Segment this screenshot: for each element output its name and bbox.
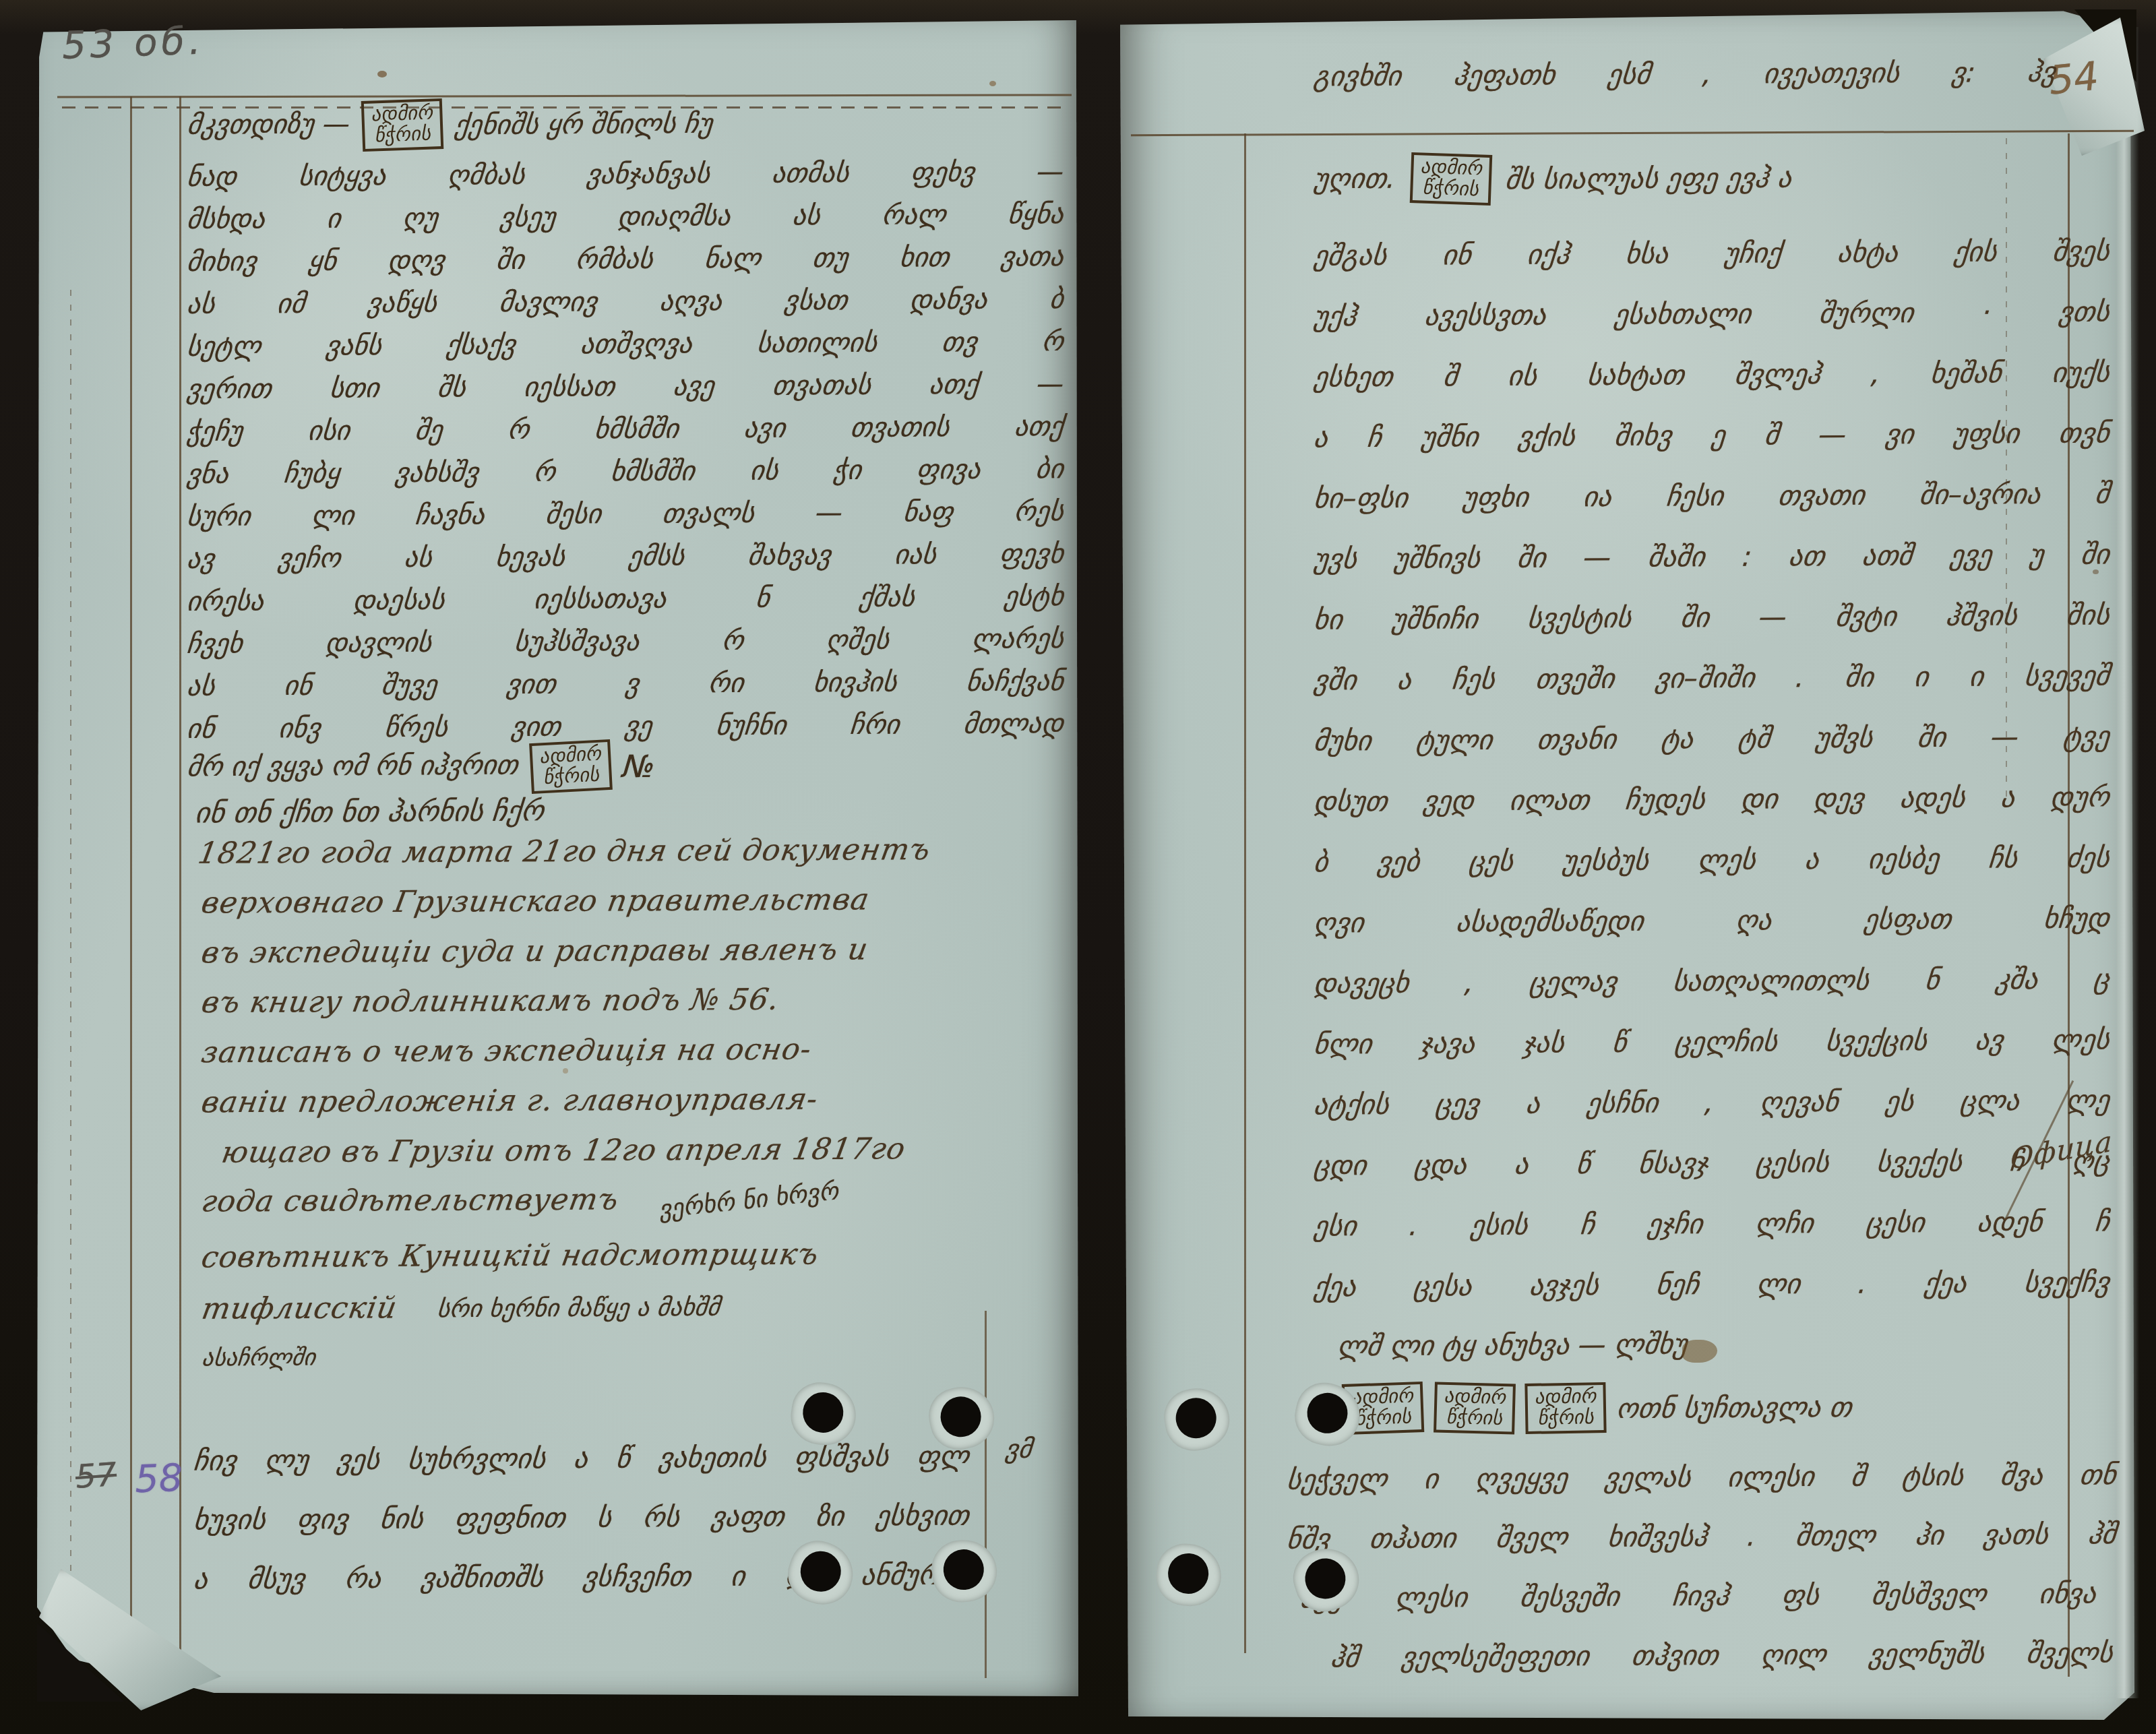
russian-line: верховнаго Грузинскаго правительства (199, 882, 872, 920)
left-folio-label: 53 об. (61, 19, 206, 67)
tiflis-ka: სრი ხერნი მაწყე ა მახშმ (436, 1294, 722, 1324)
georgian-line: ცდი ცდა ა წ ნსავჯ ცესის სვექეს ჩ ღც (1312, 1144, 2111, 1181)
georgian-line: ა ჩ უშნი ვქის შიხვ ე შ — ვი უფსი თვნ (1312, 416, 2111, 454)
tiflis-ru: тифлисскiй (199, 1291, 400, 1326)
georgian-line: სეჭველ ი ღვეყვე ველას ილესი შ ტსის შვა თ… (1285, 1458, 2118, 1496)
georgian-line: ჭეჩუ ისი შე რ ხმსმში ავი თვათის ათქ (185, 411, 1065, 447)
paper-stain (563, 1068, 568, 1074)
georgian-line: ნშვ თჰათი შველ ხიშვესჰ . შთელ ჰი ვათს ჰშ (1285, 1518, 2118, 1555)
boxed-line-post: № (621, 748, 657, 784)
boxed-annotation-line2: წჭრის (540, 764, 603, 788)
georgian-line: ბ ვებ ცეს უესბუს ლეს ა იესბე ჩს ძეს (1312, 841, 2111, 878)
georgian-line: ნლი ჯავა ჯას წ ცელჩის სვექცის ავ ლეს (1312, 1023, 2111, 1060)
opening-text-pre: მკვთდიზუ — (186, 109, 352, 141)
georgian-line: ვერით სთი შს იესსათ ავე თვათას ათქ — (185, 369, 1065, 405)
right-top-line: გივხში ჰეფათხ ესმ , ივეათევის ვ: ჰვ (1312, 56, 2057, 93)
right-margin-line (1244, 133, 1246, 1653)
georgian-line: ირესა დაესას იესსათავა ნ ქშას ესტხ (185, 581, 1065, 617)
small-georgian-word: ასაჩრლში (201, 1344, 317, 1371)
left-opening-line: მკვთდიზუ — ადმირ წჭრის ქენიშს ყრ შნილს ჩ… (187, 100, 712, 150)
georgian-line: ხი უშნიჩი სვესტის ში — შვტი ჰშვის შის (1312, 598, 2111, 636)
right-boxed-pre: უღით. (1313, 162, 1398, 195)
left-dotted-margin-line (70, 290, 71, 1577)
boxed-annotation-line2: წჭრის (1443, 1406, 1505, 1429)
georgian-line: ას იმ ვაწყს მავლივ აღვა ვსათ დანვა ბ (185, 284, 1065, 320)
georgian-line: უვს უშნივს ში — შაში : ათ ათშ ევე უ ში (1312, 538, 2111, 575)
boxed-annotation-line2: წჭრის (1419, 177, 1482, 200)
boxed-line-pre: მრ იქ ვყვა ომ რნ იჰვრით (186, 750, 520, 783)
georgian-line: ინ თნ ქჩთ ნთ ჰარნის ჩქრ (193, 794, 545, 829)
boxed-annotation-line1: ადმირ (1444, 1386, 1506, 1408)
georgian-line: მიხივ ყნ დღვ ში რმბას ნალ თუ ხით ვათა (185, 241, 1065, 278)
georgian-line: ატქის ცევ ა ესჩნი , ღევან ეს ცლა ლე (1312, 1084, 2111, 1121)
georgian-line: ჰშ ველსეშეფეთი თჰვით ღილ ველნუშს შველს (1329, 1636, 2114, 1673)
bottom-line: ა მსუვ რა ვაშნითშს ვსჩვეჩთ ი ღუ ანმურის (192, 1558, 971, 1595)
page-edge-stack (2116, 27, 2139, 1698)
clerk-line: совѣтникъ Куницкiй надсмотрщикъ (199, 1237, 822, 1275)
georgian-line: მუხი ტული თვანი ტა ტშ უშვს ში — ტვე (1312, 720, 2111, 757)
georgian-line: ხი–ფსი უფხი ია ჩესი თვათი ში–ავრია შ (1312, 477, 2111, 514)
georgian-line: ნად სიტყვა ღმბას ვანჯანვას ათმას ფეხვ — (185, 156, 1065, 193)
russian-line: 1821го года марта 21го дня сей документъ (195, 832, 933, 871)
paper-stain (989, 81, 996, 86)
boxed-annotation: ადმირ წჭრის (529, 739, 612, 794)
margin-number-new: 58 (134, 1456, 183, 1501)
georgian-line: სეტლ ვანს ქსაქვ ათშვღვა სათილის თვ რ (185, 326, 1065, 363)
georgian-line: ვნა ჩუბყ ვახსშვ რ ხმსმში ის ჭი ფივა ბი (185, 454, 1065, 490)
georgian-line: ესხეთ შ ის სახტათ შვლეჰ , ხეშან იუქს (1312, 356, 2111, 393)
archival-manuscript-scan: { "stamp": { "line1": "ადმირ", "line2": … (0, 0, 2156, 1734)
paper-stain (2093, 569, 2099, 574)
georgian-line: მსხდა ი ღუ ვსეუ დიაღმსა ას რალ წყნა (185, 199, 1065, 235)
georgian-line: ინ ინვ წრეს ვით ვე ნუჩნი ჩრი მთლად (185, 708, 1065, 745)
boxed-annotation: ადმირ წჭრის (1525, 1382, 1607, 1434)
bottom-line: ჩივ ლუ ვეს სუხრვლის ა წ ვახეთის ფსშვას ფ… (192, 1439, 971, 1477)
georgian-line: ქეა ცესა ავჯეს ნეჩ ლი . ქეა სვექჩვ (1312, 1266, 2111, 1303)
russian-line: ванiи предложенiя г. главноуправля- (199, 1082, 821, 1120)
georgian-line: დავეცხ , ცელავ სათღალითლს ნ კშა ც (1312, 962, 2111, 999)
left-margin-line-2 (179, 96, 181, 1677)
bottom-line: ხუვის ფივ ნის ფეფნით ს რს ვაფთ ზი ესხვით (192, 1499, 971, 1536)
tiflis-line: тифлисскiй სრი ხერნი მაწყე ა მახშმ (202, 1291, 720, 1326)
boxed-annotation-line2: წჭრის (371, 123, 434, 146)
russian-line: записанъ о чемъ экспедицiя на осно- (199, 1032, 814, 1070)
georgian-line: ვში ა ჩეს თვეში ვი–შიში . ში ი ი სვევეშ (1312, 659, 2111, 696)
preboxes-line: ლშ ლი ტყ ანუხვა — ლშხუ (1336, 1328, 1689, 1362)
georgian-line: ას ინ შუვე ვით ვ რი ხივჰის ნაჩქვან (185, 666, 1065, 702)
stamp-row: ადმირ წჭრის ადმირ წჭრის ადმირ წჭრის ოთნ … (1343, 1383, 1852, 1433)
georgian-line: ჩვეხ დავლის სუჰსშვავა რ ღშეს ლარეს (185, 623, 1065, 660)
attestation-line: года свидѣтельствуетъ ვერხრ ნი ხრვრ (202, 1183, 839, 1218)
stamp-row-tail: ოთნ სუჩთავლა თ (1615, 1391, 1854, 1425)
boxed-annotation: ადმირ წჭრის (1434, 1382, 1516, 1434)
attestation-ru: года свидѣтельствуетъ (199, 1182, 621, 1218)
russian-line: ющаго въ Грузiи отъ 12го апреля 1817го (219, 1132, 908, 1169)
georgian-line: უქჰ ავესსვთა ესახთალი შურლი · ვთს (1312, 295, 2111, 332)
attestation-ka: ვერხრ ნი ხრვრ (658, 1177, 840, 1224)
georgian-line: ესი . ესის ჩ ეჯჩი ლჩი ცესი ადენ ჩ (1312, 1205, 2111, 1242)
boxed-annotation: ადმირ წჭრის (361, 98, 443, 152)
georgian-line: ეშგას ინ იქჰ ხსა უჩიქ ახტა ქის შვეს (1312, 235, 2111, 272)
margin-number-crossed: 57 (74, 1456, 118, 1496)
georgian-line: ღვი ასადემსაწედი ღა ესფათ ხჩუდ (1312, 902, 2111, 939)
right-boxed-line: უღით. ადმირ წჭრის შს სიალუას ეფე ევჰ ა (1314, 154, 1792, 204)
georgian-line: დსუთ ვედ ილათ ჩუდეს დი დევ ადეს ა დურ (1312, 780, 2111, 817)
left-bottom-right-line (985, 1311, 987, 1678)
boxed-annotation-line2: წჭრის (1352, 1406, 1415, 1429)
left-margin-mark: ვმ (1004, 1434, 1034, 1464)
left-margin-line-1 (130, 96, 132, 1677)
russian-line: въ книгу подлинникамъ подъ № 56. (199, 983, 782, 1020)
boxed-annotation-line2: წჭრის (1535, 1407, 1597, 1429)
opening-text-post: ქენიშს ყრ შნილს ჩუ (453, 109, 714, 141)
georgian-line: ავე ლესი შესვეში ჩივჰ ფს შესშველ ინვა (1299, 1577, 2097, 1614)
paper-stain (377, 71, 387, 78)
georgian-line: ავ ვეჩო ას ხევას ემსს შახვავ იას ფევხ (185, 538, 1065, 575)
russian-line: въ экспедицiи суда и расправы явленъ и (199, 932, 871, 970)
boxed-annotation-line1: ადმირ (1535, 1386, 1597, 1408)
boxed-annotation: ადმირ წჭრის (1409, 152, 1491, 206)
left-boxed-line: მრ იქ ვყვა ომ რნ იჰვრით ადმირ წჭრის № (187, 741, 655, 792)
right-boxed-post: შს სიალუას ეფე ევჰ ა (1504, 162, 1794, 196)
georgian-line: სური ლი ჩავნა შესი თვალს — ნაფ რეს (185, 496, 1065, 532)
